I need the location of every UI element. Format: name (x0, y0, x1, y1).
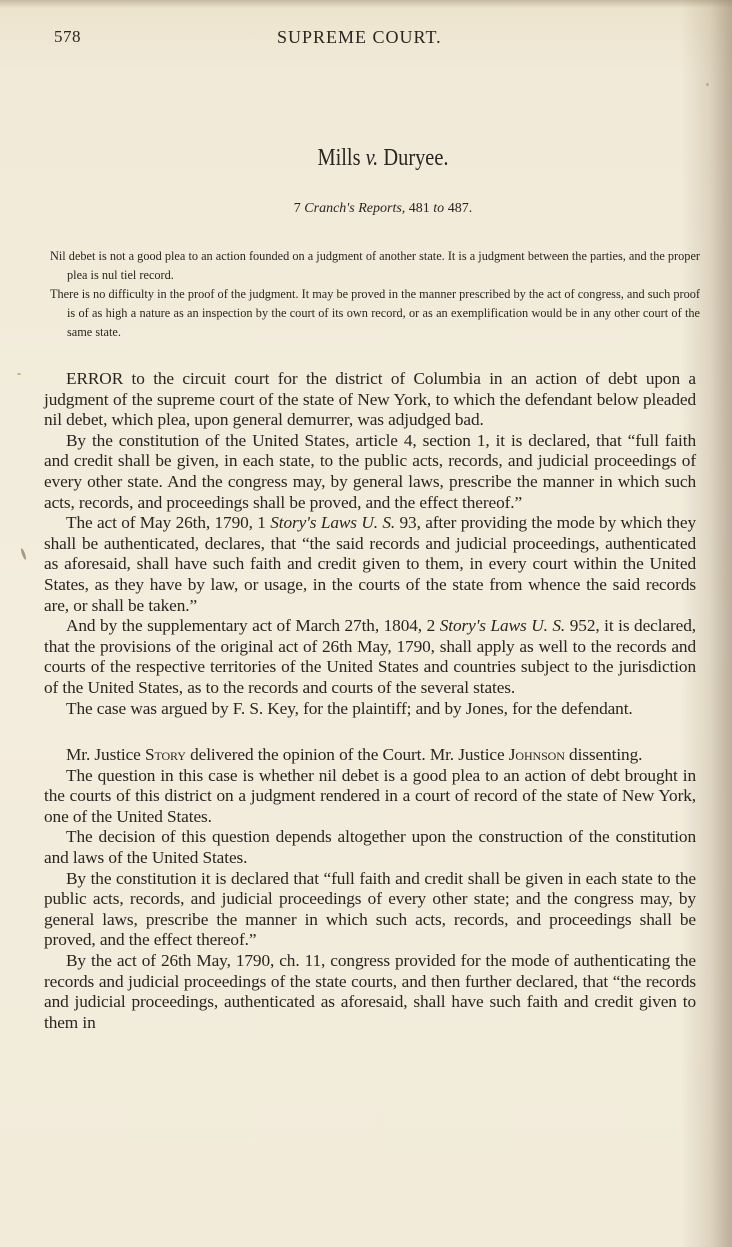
versus: v. (366, 145, 379, 171)
citation-start-page: 481 (405, 201, 433, 216)
text-run: And by the supplementary act of March 27… (66, 616, 440, 635)
scanned-book-page: 578 SUPREME COURT. Mills v. Duryee. 7 Cr… (0, 0, 732, 1247)
headnote: Nil debet is not a good plea to an actio… (50, 247, 700, 285)
citation-reporter: Cranch's Reports, (304, 201, 405, 216)
paragraph-decision: The decision of this question depends al… (44, 827, 696, 868)
justice-name: Johnson (509, 745, 565, 764)
paragraph-question: The question in this case is whether nil… (44, 766, 696, 828)
opinion-body: ERROR to the circuit court for the distr… (44, 369, 696, 1033)
citation-italic: Story's Laws U. S. (440, 616, 565, 635)
text-run: delivered the opinion of the Court. Mr. … (186, 745, 509, 764)
paragraph-counsel: The case was argued by F. S. Key, for th… (44, 699, 696, 720)
citation-italic: Story's Laws U. S. (270, 513, 395, 532)
paragraph-error-statement: ERROR to the circuit court for the distr… (44, 369, 696, 431)
paragraph-opinion-delivery: Mr. Justice Story delivered the opinion … (44, 745, 696, 766)
running-title: SUPREME COURT. (277, 27, 442, 48)
defendant-name: Duryee. (383, 145, 448, 171)
section-gap (44, 719, 696, 745)
paragraph-act-1790: The act of May 26th, 1790, 1 Story's Law… (44, 513, 696, 616)
headnote: There is no difficulty in the proof of t… (50, 285, 700, 342)
justice-name: Story (145, 745, 186, 764)
citation-volume: 7 (294, 201, 305, 216)
case-citation: 7 Cranch's Reports, 481 to 487. (0, 201, 732, 217)
headnotes: Nil debet is not a good plea to an actio… (50, 247, 700, 342)
citation-to: to (433, 201, 444, 216)
case-title: Mills v. Duryee. (57, 145, 679, 172)
text-run: The act of May 26th, 1790, 1 (66, 513, 270, 532)
paragraph-constitution: By the constitution of the United States… (44, 431, 696, 513)
paragraph-act-26th-may: By the act of 26th May, 1790, ch. 11, co… (44, 951, 696, 1033)
running-head: 578 SUPREME COURT. (0, 24, 732, 54)
paragraph-act-1804: And by the supplementary act of March 27… (44, 616, 696, 698)
page-number: 578 (54, 27, 81, 47)
page-blemish (706, 83, 709, 86)
page-blemish (20, 548, 27, 560)
citation-end-page: 487. (444, 201, 472, 216)
page-top-edge-shadow (0, 0, 732, 8)
text-run: Mr. Justice (66, 745, 145, 764)
page-blemish (17, 373, 21, 375)
text-run: dissenting. (565, 745, 643, 764)
paragraph-constitution-quote: By the constitution it is declared that … (44, 869, 696, 951)
plaintiff-name: Mills (317, 145, 360, 171)
